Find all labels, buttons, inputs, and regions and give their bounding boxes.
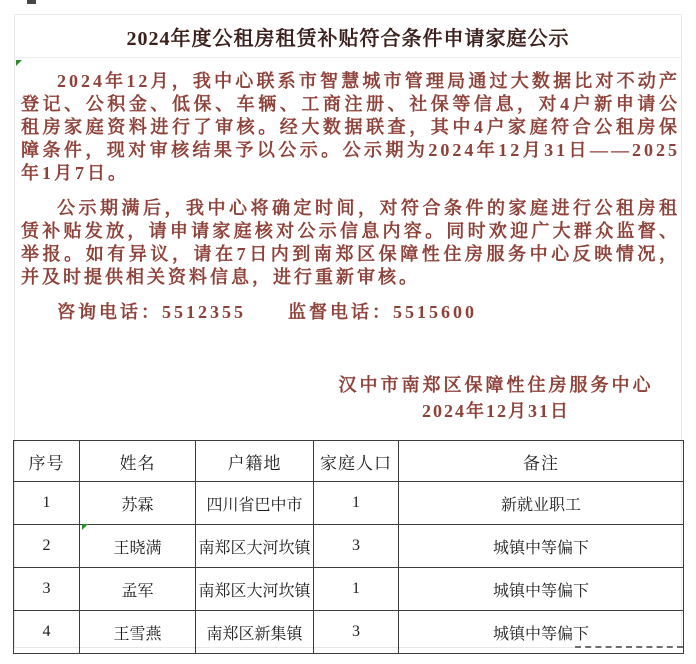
cell-name: 苏霖 — [80, 482, 196, 525]
col-header-name: 姓名 — [80, 441, 196, 482]
cell-remark: 城镇中等偏下 — [399, 568, 684, 611]
col-header-registration: 户籍地 — [196, 441, 314, 482]
contact-phones: 咨询电话：5512355 监督电话：5515600 — [21, 301, 680, 324]
cell-registration: 南郑区大河坎镇 — [196, 525, 314, 568]
page-break-dashed-line — [575, 646, 683, 651]
paragraph-objection: 公示期满后，我中心将确定时间，对符合条件的家庭进行公租房租赁补贴发放，请申请家庭… — [21, 197, 680, 289]
cell-family-size: 1 — [314, 482, 399, 525]
cell-registration: 南郑区新集镇 — [196, 611, 314, 654]
table-header-row: 序号 姓名 户籍地 家庭人口 备注 — [14, 441, 684, 482]
table-row: 3 孟军 南郑区大河坎镇 1 城镇中等偏下 — [14, 568, 684, 611]
applicant-table: 序号 姓名 户籍地 家庭人口 备注 1 苏霖 四川省巴中市 1 新就业职工 2 … — [13, 440, 684, 654]
notice-page: 2024年度公租房租赁补贴符合条件申请家庭公示 2024年12月，我中心联系市智… — [0, 0, 696, 664]
signature-org: 汉中市南郑区保障性住房服务中心 — [330, 372, 662, 398]
notice-body: 2024年12月，我中心联系市智慧城市管理局通过大数据比对不动产登记、公积金、低… — [21, 70, 680, 324]
cell-index: 3 — [14, 568, 80, 611]
col-header-index: 序号 — [14, 441, 80, 482]
cell-family-size: 3 — [314, 611, 399, 654]
col-header-family-size: 家庭人口 — [314, 441, 399, 482]
cell-remark: 城镇中等偏下 — [399, 525, 684, 568]
cell-registration: 四川省巴中市 — [196, 482, 314, 525]
signature-block: 汉中市南郑区保障性住房服务中心 2024年12月31日 — [330, 372, 662, 424]
cell-index: 1 — [14, 482, 80, 525]
top-edge-mark — [27, 0, 36, 4]
table-row: 1 苏霖 四川省巴中市 1 新就业职工 — [14, 482, 684, 525]
cell-name: 王晓满 — [80, 525, 196, 568]
cell-registration: 南郑区大河坎镇 — [196, 568, 314, 611]
cell-name: 王雪燕 — [80, 611, 196, 654]
cell-remark: 新就业职工 — [399, 482, 684, 525]
cell-name: 孟军 — [80, 568, 196, 611]
cell-index: 4 — [14, 611, 80, 654]
title-row: 2024年度公租房租赁补贴符合条件申请家庭公示 — [15, 15, 681, 58]
signature-date: 2024年12月31日 — [330, 398, 662, 424]
cell-family-size: 3 — [314, 525, 399, 568]
cell-index: 2 — [14, 525, 80, 568]
cell-error-flag-icon — [82, 524, 88, 530]
table-row: 2 王晓满 南郑区大河坎镇 3 城镇中等偏下 — [14, 525, 684, 568]
paragraph-audit: 2024年12月，我中心联系市智慧城市管理局通过大数据比对不动产登记、公积金、低… — [21, 70, 680, 185]
col-header-remark: 备注 — [399, 441, 684, 482]
cell-error-flag-icon — [16, 60, 22, 66]
cell-family-size: 1 — [314, 568, 399, 611]
page-title: 2024年度公租房租赁补贴符合条件申请家庭公示 — [127, 22, 570, 51]
